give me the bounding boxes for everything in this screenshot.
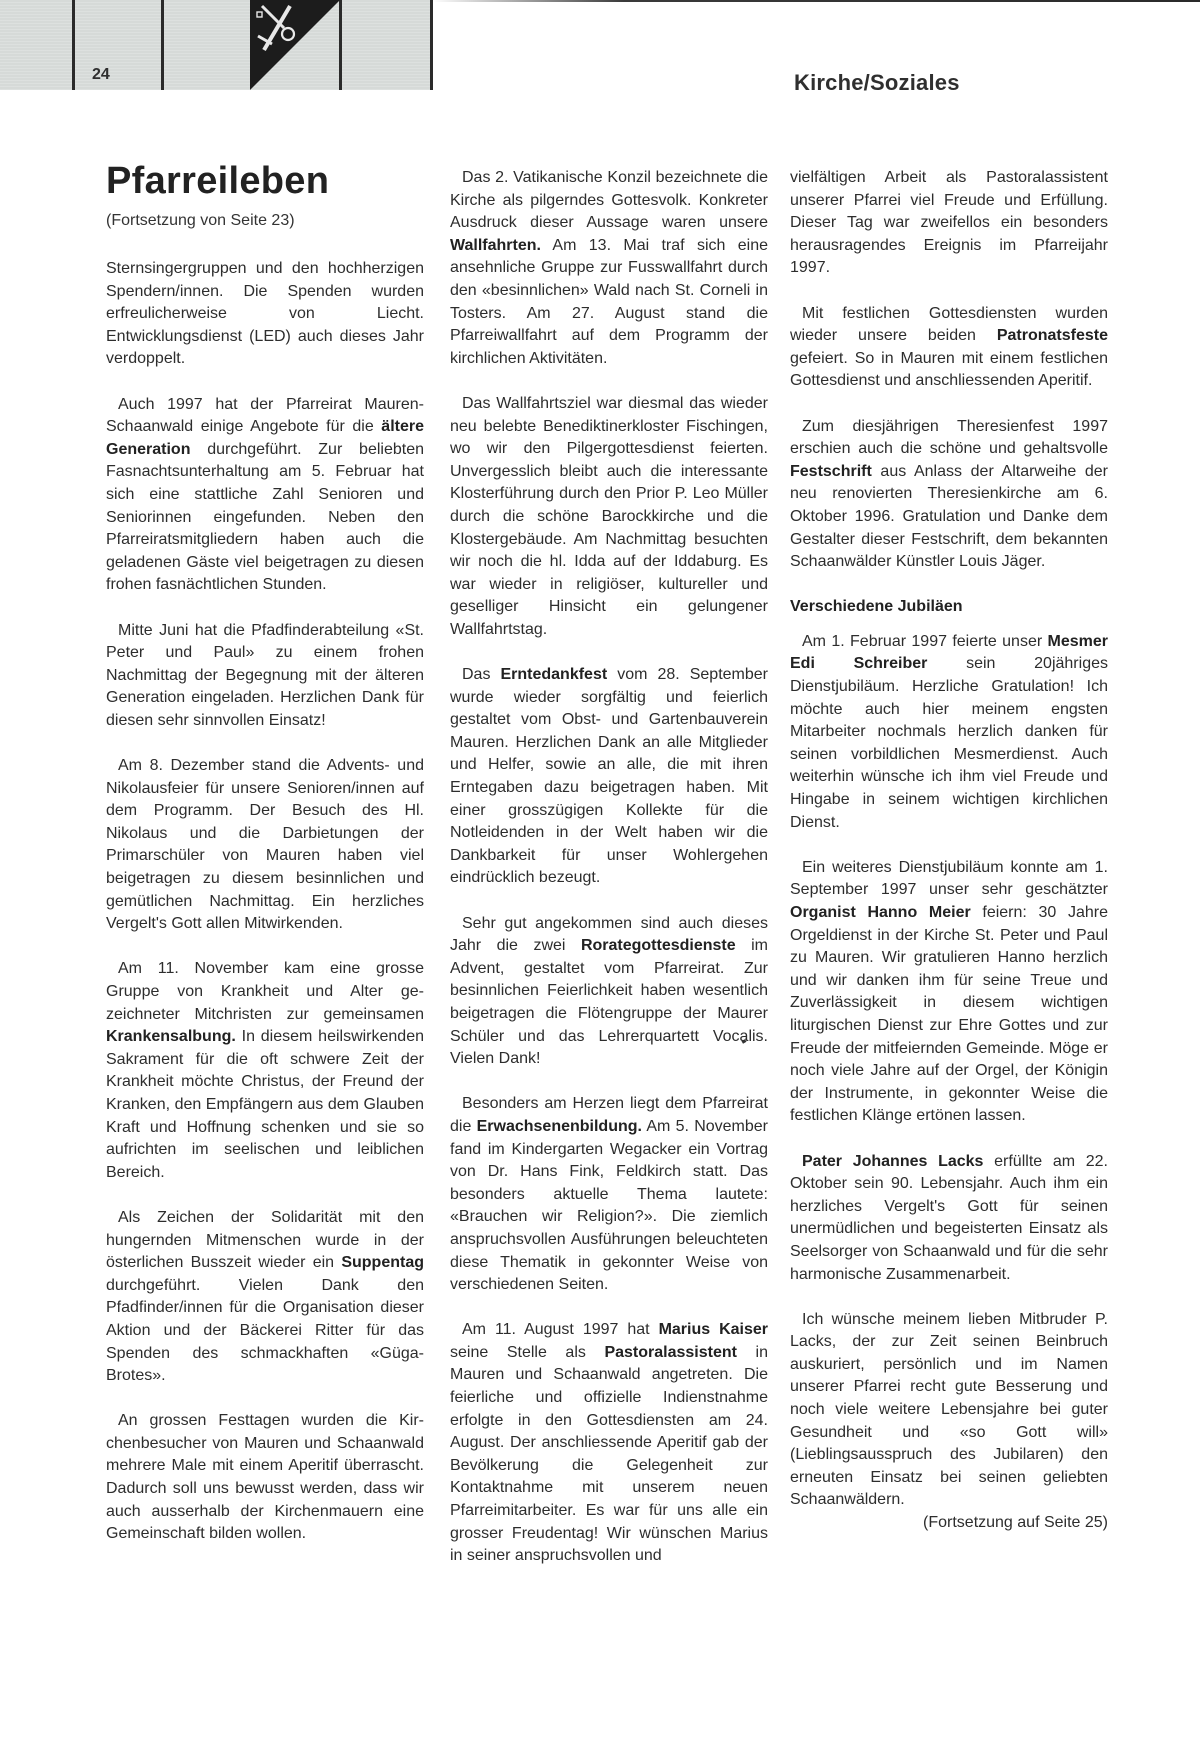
bold-text: Organist Hanno Meier <box>790 904 971 921</box>
middle-column: Das 2. Vatikanische Konzil bezeichne­te … <box>450 167 768 1568</box>
text: seine Stelle als <box>450 1344 604 1361</box>
header-divider <box>430 0 433 90</box>
paragraph: Zum diesjährigen Theresienfest 1997 ersc… <box>790 416 1108 574</box>
continuation-note: (Fortsetzung auf Seite 25) <box>790 1512 1108 1535</box>
bold-text: Patronatsfeste <box>997 327 1108 344</box>
text: sein 20jähriges Dienstjubiläum. Herzlich… <box>790 655 1108 830</box>
text: in Mauren und Schaanwald angetreten. Die… <box>450 1344 768 1564</box>
header-band <box>0 0 432 90</box>
header-top-rule <box>432 0 1200 2</box>
bold-text: Erwachsenenbildung. <box>477 1118 642 1135</box>
paragraph: Das Wallfahrtsziel war diesmal das wiede… <box>450 393 768 642</box>
bold-text: Wallfahrten. <box>450 237 541 254</box>
subheading: Verschiedene Jubiläen <box>790 596 1108 619</box>
text: vom 28. Septem­ber wurde wieder sorgfält… <box>450 666 768 886</box>
article-title: Pfarreileben <box>106 160 329 203</box>
text: im Advent, gestaltet vom Pfarreirat. Zur… <box>450 937 768 1067</box>
text: Am 5. November fand im Kindergarten Weg­… <box>450 1118 768 1293</box>
paragraph: Das 2. Vatikanische Konzil bezeichne­te … <box>450 167 768 370</box>
paragraph: Am 11. August 1997 hat Marius Kai­ser se… <box>450 1319 768 1568</box>
header-divider <box>161 0 164 90</box>
text: durchgeführt. Zur beliebten Fasnachtsunt… <box>106 441 424 594</box>
right-column: vielfältigen Arbeit als Pastoralassisten… <box>790 167 1108 1535</box>
paragraph: Mitte Juni hat die Pfadfinderabteilung «… <box>106 620 424 733</box>
text: Zum diesjährigen Theresienfest 1997 ersc… <box>790 418 1108 458</box>
paragraph: An grossen Festtagen wurden die Kir­chen… <box>106 1410 424 1546</box>
text: Das 2. Vatikanische Konzil bezeichne­te … <box>450 169 768 231</box>
bold-text: Festschrift <box>790 463 872 480</box>
text: In diesem heils­wirkenden Sakrament für … <box>106 1028 424 1181</box>
bold-text: Erntedankfest <box>500 666 607 683</box>
paragraph: Am 1. Februar 1997 feierte unser Mes­mer… <box>790 631 1108 834</box>
section-title: Kirche/Soziales <box>794 70 960 96</box>
article-subtitle: (Fortsetzung von Seite 23) <box>106 212 295 230</box>
paragraph: Am 11. November kam eine grosse Gruppe v… <box>106 958 424 1184</box>
paragraph: Pater Johannes Lacks erfüllte am 22. Okt… <box>790 1151 1108 1287</box>
bold-text: Rorategottesdienste <box>581 937 736 954</box>
paragraph: Ein weiteres Dienstjubiläum konnte am 1.… <box>790 857 1108 1128</box>
left-column: Sternsingergruppen und den hochher­zigen… <box>106 258 424 1546</box>
bold-text: Sup­pentag <box>341 1254 424 1271</box>
bold-text: Pater Johannes Lacks <box>802 1153 983 1170</box>
paragraph: Besonders am Herzen liegt dem Pfar­reira… <box>450 1093 768 1296</box>
bold-text: Krankensalbung. <box>106 1028 236 1045</box>
paragraph: vielfältigen Arbeit als Pastoralassisten… <box>790 167 1108 280</box>
coat-of-arms-icon <box>250 0 300 90</box>
text: Am 11. November kam eine grosse Gruppe v… <box>106 960 424 1022</box>
text: gefeiert. So in Mauren mit einem festli­… <box>790 350 1108 390</box>
text: Auch 1997 hat der Pfarreirat Mauren-Scha… <box>106 396 424 436</box>
paragraph: Sternsingergruppen und den hochher­zigen… <box>106 258 424 371</box>
text: durchgeführt. Vielen Dank den Pfadfinder… <box>106 1277 424 1384</box>
text: Ein weiteres Dienstjubiläum konnte am 1.… <box>790 859 1108 899</box>
paragraph: Auch 1997 hat der Pfarreirat Mauren-Scha… <box>106 394 424 597</box>
paragraph: Ich wünsche meinem lieben Mitbru­der P. … <box>790 1309 1108 1512</box>
paragraph: Mit festlichen Gottesdiensten wurden wie… <box>790 303 1108 393</box>
paragraph: Das Erntedankfest vom 28. Septem­ber wur… <box>450 664 768 890</box>
text: Das <box>462 666 500 683</box>
paragraph: Sehr gut angekommen sind auch die­ses Ja… <box>450 913 768 1071</box>
text: Am 11. August 1997 hat <box>462 1321 659 1338</box>
paragraph: Am 8. Dezember stand die Advents- und Ni… <box>106 755 424 936</box>
text: erfüllte am 22. Oktober sein 90. Lebensj… <box>790 1153 1108 1283</box>
page-number: 24 <box>92 66 110 84</box>
bold-text: Marius Kai­ser <box>659 1321 768 1338</box>
bold-text: Pastoralassistent <box>604 1344 737 1361</box>
paragraph: Als Zeichen der Solidarität mit den hung… <box>106 1207 424 1388</box>
text: fei­ern: 30 Jahre Orgeldienst in der Kir… <box>790 904 1108 1124</box>
header-divider <box>72 0 75 90</box>
text: Am 1. Februar 1997 feierte unser <box>802 633 1048 650</box>
text: Am 13. Mai traf sich eine ansehnliche Gr… <box>450 237 768 367</box>
